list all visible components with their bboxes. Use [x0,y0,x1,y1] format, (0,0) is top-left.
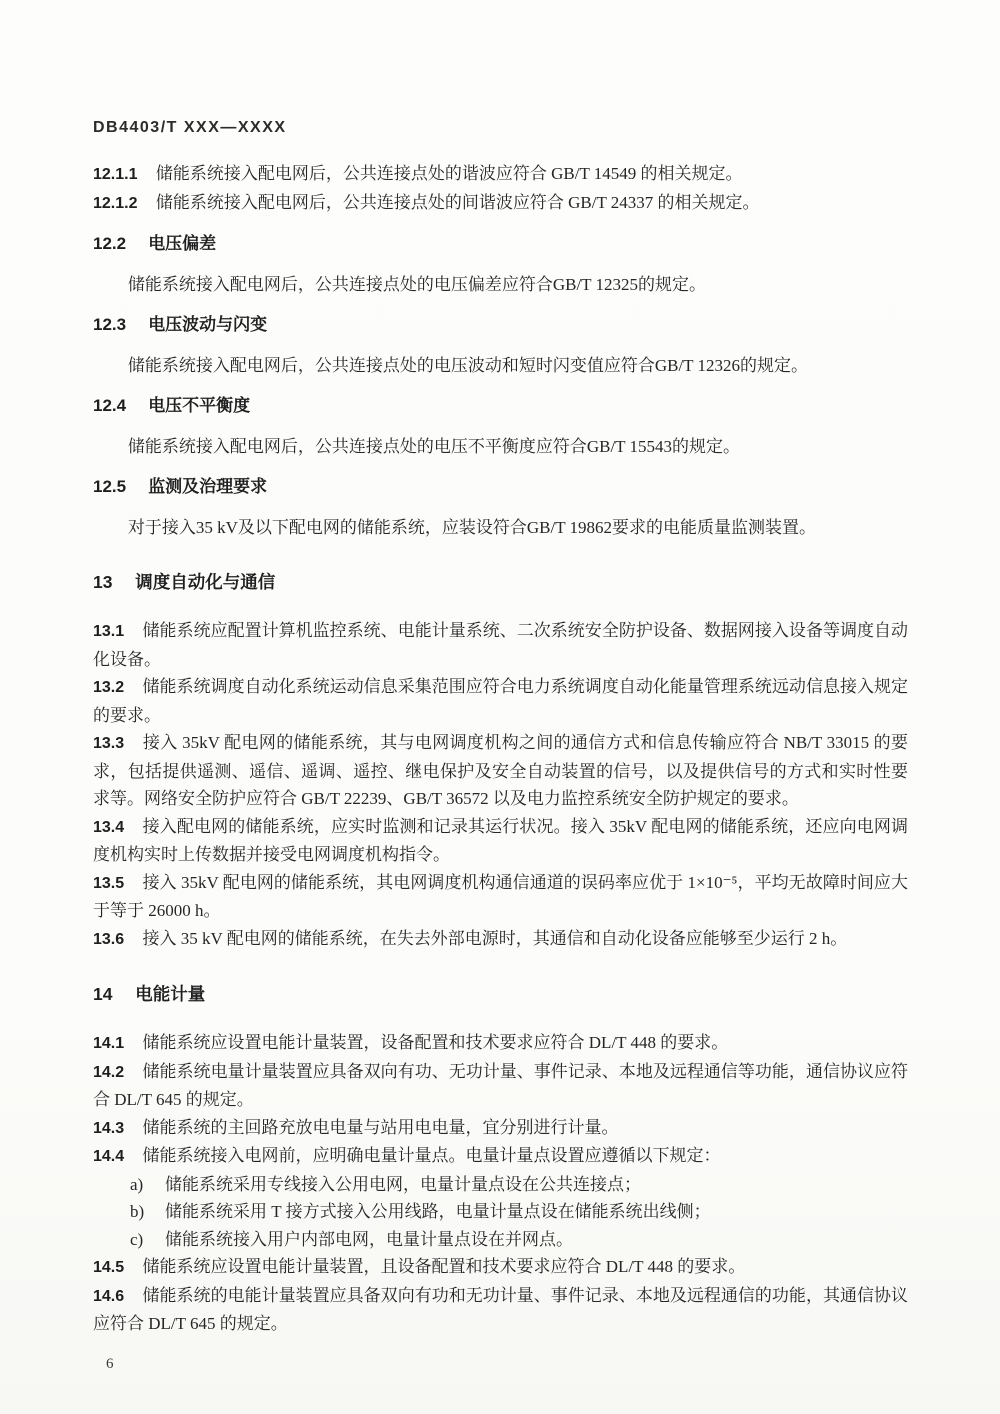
clause-14-3: 14.3储能系统的主回路充放电电量与站用电电量，宜分别进行计量。 [93,1114,908,1143]
clause-number: 14.3 [93,1120,124,1137]
page-header: DB4403/T XXX—XXXX [93,118,908,138]
list-item-c: c)储能系统接入用户内部电网，电量计量点设在并网点。 [93,1226,908,1254]
clause-text: 储能系统的电能计量装置应具备双向有功和无功计量、事件记录、本地及远程通信的功能，… [93,1286,908,1334]
clause-13-6: 13.6接入 35 kV 配电网的储能系统，在失去外部电源时，其通信和自动化设备… [93,925,908,954]
clause-text: 储能系统应配置计算机监控系统、电能计量系统、二次系统安全防护设备、数据网接入设备… [93,621,908,669]
heading-number: 12.2 [93,234,126,253]
paragraph-12-2: 储能系统接入配电网后，公共连接点处的电压偏差应符合GB/T 12325的规定。 [93,271,908,299]
clause-number: 12.1.1 [93,166,137,183]
clause-number: 14.5 [93,1259,124,1276]
clause-text: 接入 35kV 配电网的储能系统，其电网调度机构通信通道的误码率应优于 1×10… [93,873,908,921]
paragraph-12-3: 储能系统接入配电网后，公共连接点处的电压波动和短时闪变值应符合GB/T 1232… [93,352,908,380]
clause-number: 14.6 [93,1288,124,1305]
list-label: a) [130,1171,165,1199]
list-text: 储能系统接入用户内部电网，电量计量点设在并网点。 [165,1230,573,1249]
clause-number: 13.4 [93,819,124,836]
section-heading-12-2: 12.2电压偏差 [93,230,908,258]
chapter-number: 14 [93,984,112,1004]
chapter-number: 13 [93,572,112,592]
clause-text: 接入 35kV 配电网的储能系统，其与电网调度机构之间的通信方式和信息传输应符合… [93,733,908,808]
clause-14-4: 14.4储能系统接入电网前，应明确电量计量点。电量计量点设置应遵循以下规定： [93,1142,908,1171]
chapter-heading-13: 13调度自动化与通信 [93,568,908,596]
page-number: 6 [106,1354,908,1374]
clause-text: 接入 35 kV 配电网的储能系统，在失去外部电源时，其通信和自动化设备应能够至… [143,929,848,948]
clause-text: 储能系统电量计量装置应具备双向有功、无功计量、事件记录、本地及远程通信等功能，通… [93,1062,908,1110]
section-heading-12-5: 12.5监测及治理要求 [93,473,908,501]
section-heading-12-3: 12.3电压波动与闪变 [93,311,908,339]
heading-number: 12.4 [93,396,126,415]
clause-number: 14.2 [93,1064,124,1081]
clause-number: 13.2 [93,679,124,696]
chapter-title: 调度自动化与通信 [135,572,275,592]
clause-14-5: 14.5储能系统应设置电能计量装置，且设备配置和技术要求应符合 DL/T 448… [93,1253,908,1282]
clause-text: 储能系统的主回路充放电电量与站用电电量，宜分别进行计量。 [143,1118,619,1137]
list-label: b) [130,1198,165,1226]
clause-number: 13.5 [93,875,124,892]
paragraph-12-4: 储能系统接入配电网后，公共连接点处的电压不平衡度应符合GB/T 15543的规定… [93,433,908,461]
clause-13-4: 13.4接入配电网的储能系统，应实时监测和记录其运行状况。接入 35kV 配电网… [93,813,908,869]
heading-number: 12.5 [93,477,126,496]
chapter-title: 电能计量 [135,984,205,1004]
clause-text: 储能系统应设置电能计量装置，且设备配置和技术要求应符合 DL/T 448 的要求… [143,1257,746,1276]
list-text: 储能系统采用专线接入公用电网，电量计量点设在公共连接点； [165,1175,641,1194]
clause-text: 储能系统接入配电网后，公共连接点处的间谐波应符合 GB/T 24337 的相关规… [156,193,760,212]
clause-14-6: 14.6储能系统的电能计量装置应具备双向有功和无功计量、事件记录、本地及远程通信… [93,1282,908,1338]
clause-13-2: 13.2储能系统调度自动化系统运动信息采集范围应符合电力系统调度自动化能量管理系… [93,673,908,729]
document-page: DB4403/T XXX—XXXX 12.1.1储能系统接入配电网后，公共连接点… [0,0,1000,1414]
paragraph-12-5: 对于接入35 kV及以下配电网的储能系统，应装设符合GB/T 19862要求的电… [93,514,908,542]
clause-number: 13.6 [93,931,124,948]
clause-text: 储能系统接入电网前，应明确电量计量点。电量计量点设置应遵循以下规定： [143,1146,721,1165]
clause-13-1: 13.1储能系统应配置计算机监控系统、电能计量系统、二次系统安全防护设备、数据网… [93,617,908,673]
list-label: c) [130,1226,165,1254]
heading-title: 电压偏差 [148,234,216,253]
clause-number: 13.3 [93,735,124,752]
clause-number: 14.1 [93,1035,124,1052]
heading-title: 监测及治理要求 [148,477,267,496]
clause-13-5: 13.5接入 35kV 配电网的储能系统，其电网调度机构通信通道的误码率应优于 … [93,869,908,925]
heading-number: 12.3 [93,315,126,334]
clause-text: 储能系统应设置电能计量装置，设备配置和技术要求应符合 DL/T 448 的要求。 [143,1033,729,1052]
clause-14-1: 14.1储能系统应设置电能计量装置，设备配置和技术要求应符合 DL/T 448 … [93,1029,908,1058]
clause-text: 储能系统调度自动化系统运动信息采集范围应符合电力系统调度自动化能量管理系统远动信… [93,677,908,725]
heading-title: 电压不平衡度 [148,396,250,415]
clause-14-2: 14.2储能系统电量计量装置应具备双向有功、无功计量、事件记录、本地及远程通信等… [93,1058,908,1114]
list-item-b: b)储能系统采用 T 接方式接入公用线路，电量计量点设在储能系统出线侧； [93,1198,908,1226]
list-item-a: a)储能系统采用专线接入公用电网，电量计量点设在公共连接点； [93,1171,908,1199]
clause-text: 储能系统接入配电网后，公共连接点处的谐波应符合 GB/T 14549 的相关规定… [156,164,743,183]
clause-number: 14.4 [93,1148,124,1165]
clause-13-3: 13.3接入 35kV 配电网的储能系统，其与电网调度机构之间的通信方式和信息传… [93,729,908,813]
clause-text: 接入配电网的储能系统，应实时监测和记录其运行状况。接入 35kV 配电网的储能系… [93,817,908,865]
clause-number: 12.1.2 [93,195,137,212]
list-text: 储能系统采用 T 接方式接入公用线路，电量计量点设在储能系统出线侧； [165,1202,711,1221]
section-heading-12-4: 12.4电压不平衡度 [93,392,908,420]
clause-12-1-1: 12.1.1储能系统接入配电网后，公共连接点处的谐波应符合 GB/T 14549… [93,160,908,189]
clause-number: 13.1 [93,623,124,640]
chapter-heading-14: 14电能计量 [93,980,908,1008]
heading-title: 电压波动与闪变 [148,315,267,334]
clause-12-1-2: 12.1.2储能系统接入配电网后，公共连接点处的间谐波应符合 GB/T 2433… [93,189,908,218]
